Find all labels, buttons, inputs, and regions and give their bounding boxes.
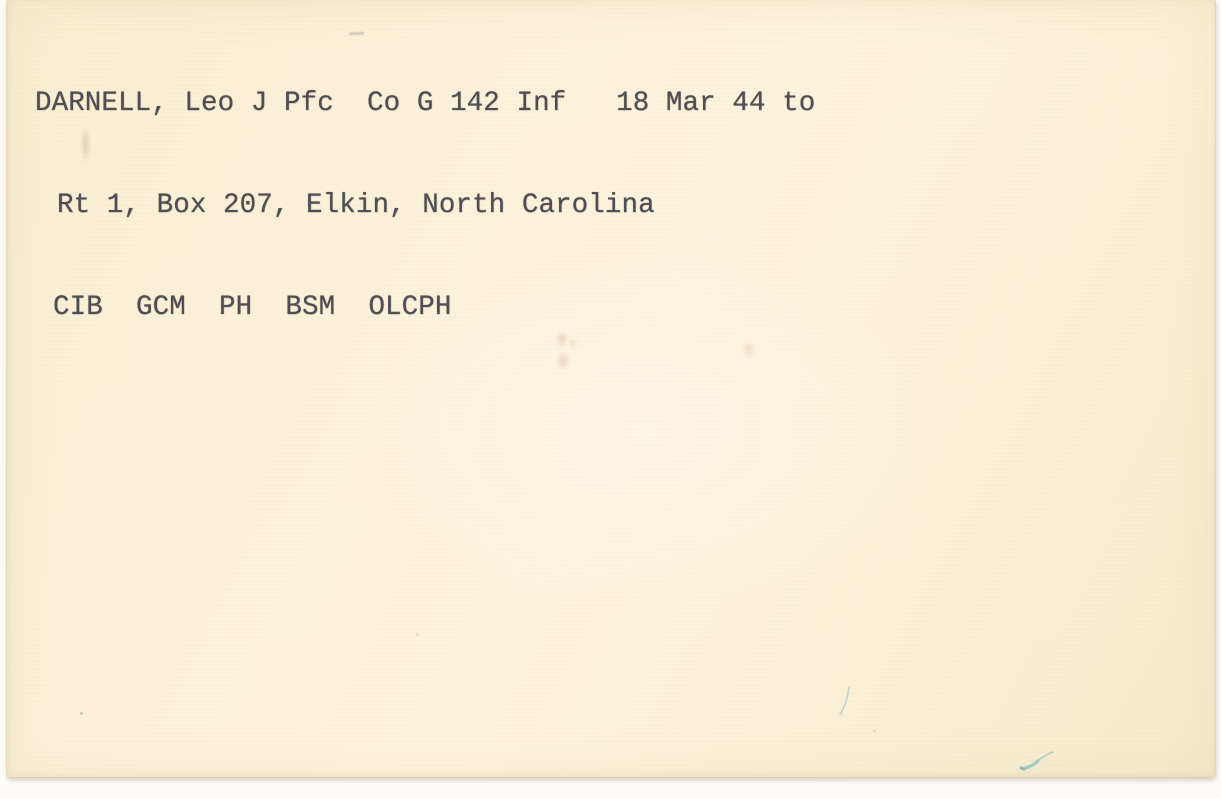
paper-speck (80, 712, 83, 715)
scanner-background: DARNELL, Leo J Pfc Co G 142 Inf 18 Mar 4… (0, 0, 1221, 798)
typed-text-block: DARNELL, Leo J Pfc Co G 142 Inf 18 Mar 4… (35, 19, 815, 393)
paper-speck (873, 730, 876, 732)
line-name-rank-unit-date: DARNELL, Leo J Pfc Co G 142 Inf 18 Mar 4… (35, 87, 815, 121)
index-card: DARNELL, Leo J Pfc Co G 142 Inf 18 Mar 4… (6, 0, 1216, 778)
faint-blue-pen-slash (835, 684, 857, 718)
line-address: Rt 1, Box 207, Elkin, North Carolina (57, 189, 815, 223)
teal-pen-mark (1017, 749, 1057, 773)
line-awards: CIB GCM PH BSM OLCPH (53, 291, 815, 325)
paper-speck (416, 633, 419, 636)
